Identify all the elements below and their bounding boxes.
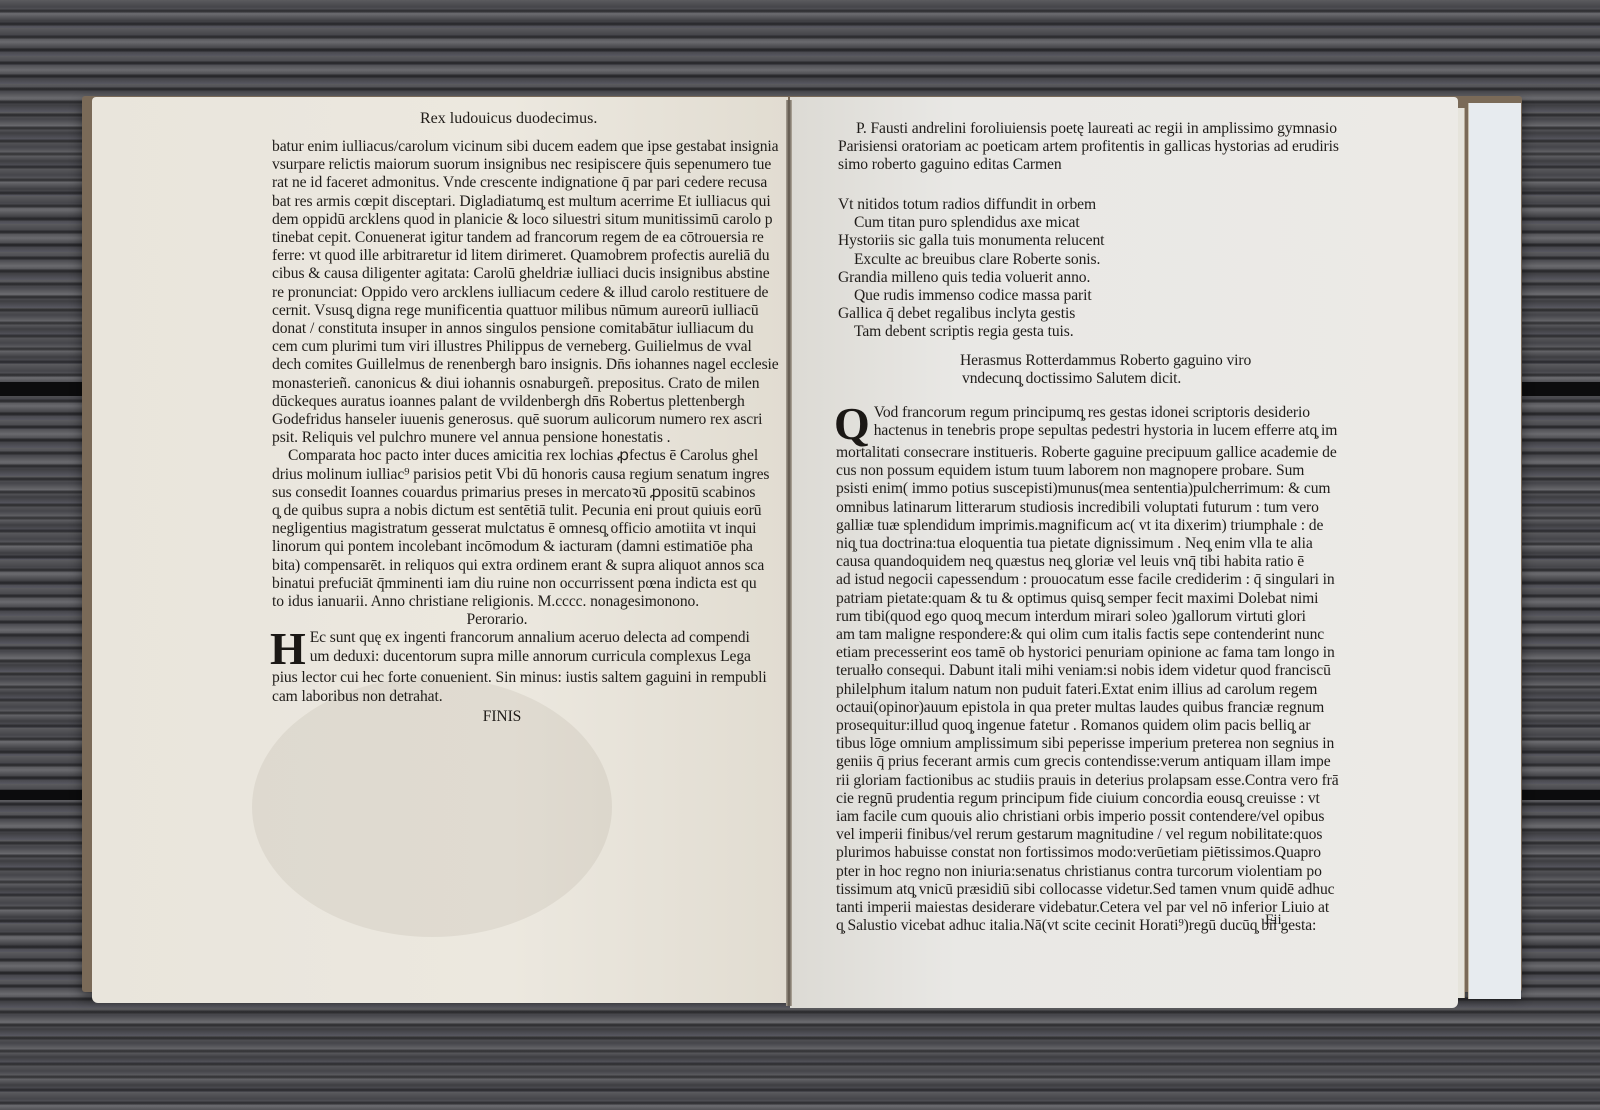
text-line: octaui(opinor)auum epistola in qua prete…	[836, 699, 1339, 717]
dedication-heading: P. Fausti andrelini foroliuiensis poetę …	[838, 120, 1339, 175]
poem: Vt nitidos totum radios diffundit in orb…	[838, 196, 1104, 342]
text-line: psisti enim( immo potius suscepisti)munu…	[836, 480, 1339, 498]
text-line: monasterieñ. canonicus & diui iohannis o…	[272, 375, 762, 393]
text-line: pter in hoc regno non iniuria:senatus ch…	[836, 863, 1339, 881]
text-line: prosequitur:illud quoq̧ ingenue fatetur …	[836, 717, 1339, 735]
text-line: cem cum plurimi tum viri illustres Phili…	[272, 338, 762, 356]
poem-line: Grandia milleno quis tedia voluerit anno…	[838, 269, 1104, 287]
poem-line: Que rudis immenso codice massa parit	[838, 287, 1104, 305]
left-page-body: batur enim iulliacus/carolum vicinum sib…	[272, 138, 762, 726]
text-line: plurimos habuisse constat non fortissimo…	[836, 844, 1339, 862]
text-line: um deduxi: ducentorum supra mille annoru…	[272, 648, 762, 666]
text-line: vndecunq̧ doctissimo Salutem dicit.	[960, 370, 1251, 388]
text-line: mortalitati consecrare institueris. Robe…	[836, 444, 1339, 462]
text-line: dech comites Guillelmus de renenbergh ba…	[272, 356, 762, 374]
text-line: etiam precesserint eos tamē ob hystorici…	[836, 644, 1339, 662]
poem-line: Hystoriis sic galla tuis monumenta reluc…	[838, 232, 1104, 250]
text-line: P. Fausti andrelini foroliuiensis poetę …	[838, 120, 1339, 138]
signature-mark: Fii	[1265, 912, 1282, 929]
text-line: bat res armis cœpit disceptari. Digladia…	[272, 193, 762, 211]
text-line: omnibus latinarum litterarum studiosis i…	[836, 499, 1339, 517]
text-line: dem oppidū arcklens quod in planicie & l…	[272, 211, 762, 229]
text-line: bita) compensarēt. in reliquos qui extra…	[272, 557, 762, 575]
text-line: vel imperii finibus/vel rerum gestarum m…	[836, 826, 1339, 844]
text-line: simo roberto gaguino editas Carmen	[838, 156, 1339, 174]
text-line: batur enim iulliacus/carolum vicinum sib…	[272, 138, 762, 156]
text-line: linorum qui pontem incolebant incōmodum …	[272, 538, 762, 556]
poem-line: Tam debent scriptis regia gesta tuis.	[838, 323, 1104, 341]
section-title: Perorario.	[272, 611, 762, 629]
text-line: rat ne id faceret admonitus. Vnde cresce…	[272, 174, 762, 192]
text-line: q̧ Salustio vicebat adhuc italia.Nā(vt s…	[836, 917, 1339, 935]
text-line: hactenus in tenebris prope sepultas pede…	[836, 422, 1339, 440]
flyleaf	[1468, 103, 1521, 999]
text-line: vsurpare relictis maiorum suorum insigni…	[272, 156, 762, 174]
text-line: ferre: vt quod ille arbitraretur id lite…	[272, 247, 762, 265]
finis-label: FINIS	[272, 708, 762, 726]
text-line: Ec sunt quę ex ingenti francorum annaliu…	[272, 629, 762, 647]
text-line: niq̧ tua doctrina:tua eloquentia tua pie…	[836, 535, 1339, 553]
drop-cap: Q	[834, 404, 870, 444]
text-line: dūckeques auratus ioannes palant de vvil…	[272, 393, 762, 411]
running-head: Rex ludouicus duodecimus.	[420, 110, 597, 128]
text-line: tissimum atq̧ vnicū præsidiū sibi colloc…	[836, 881, 1339, 899]
text-line: patriam pietate:quam & tu & optimus quis…	[836, 590, 1339, 608]
text-line: q̧ de quibus supra a nobis dictum est se…	[272, 502, 762, 520]
text-line: rii gloriam factionibus ac studiis praui…	[836, 772, 1339, 790]
text-line: donat / constituta insuper in annos sing…	[272, 320, 762, 338]
book-gutter	[786, 100, 792, 1006]
text-line: cus non possum equidem istum tuum labore…	[836, 462, 1339, 480]
text-line: Parisiensi oratoriam ac poeticam artem p…	[838, 138, 1339, 156]
drop-cap: H	[270, 629, 306, 669]
text-line: cie regnū prudentia regum principum fide…	[836, 790, 1339, 808]
poem-line: Gallica q̄ debet regalibus inclyta gesti…	[838, 305, 1104, 323]
text-line: binatui prefuciāt q̄mminenti iam diu rui…	[272, 575, 762, 593]
text-line: re pronunciat: Oppido vero arcklens iull…	[272, 284, 762, 302]
poem-line: Exculte ac breuibus clare Roberte sonis.	[838, 251, 1104, 269]
text-line: Godefridus hanseler iuuenis generosus. q…	[272, 411, 762, 429]
text-line: cam laboribus non detrahat.	[272, 688, 762, 706]
text-line: causa quandoquidem neq̧ quæstus neq̧ glo…	[836, 553, 1339, 571]
text-line: tibus lōge omnium amplissimum sibi peper…	[836, 735, 1339, 753]
poem-line: Cum titan puro splendidus axe micat	[838, 214, 1104, 232]
text-line: negligentius magistratum gesserat mulcta…	[272, 520, 762, 538]
text-line: am tam maligne respondere:& qui olim cum…	[836, 626, 1339, 644]
text-line: philelphum italum natum non puduit fater…	[836, 681, 1339, 699]
text-line: tinebat cepit. Conuenerat igitur tandem …	[272, 229, 762, 247]
text-line: tanti imperii maiestas desiderare videba…	[836, 899, 1339, 917]
text-line: to idus ianuarii. Anno christiane religi…	[272, 593, 762, 611]
text-line: Herasmus Rotterdammus Roberto gaguino vi…	[960, 352, 1251, 370]
peroration: H Ec sunt quę ex ingenti francorum annal…	[272, 629, 762, 705]
text-line: iam facile cum quouis alio christiani or…	[836, 808, 1339, 826]
text-line: ad istud negocii capessendum : prouocatu…	[836, 571, 1339, 589]
text-line: cibus & causa diligenter agitata: Carolū…	[272, 265, 762, 283]
text-line: terualło consequi. Dabunt itali mihi ven…	[836, 662, 1339, 680]
letter-body: Q Vod francorum regum principumq̧ res ge…	[836, 404, 1339, 935]
text-line: Comparata hoc pacto inter duces amicitia…	[272, 447, 762, 465]
text-line: psit. Reliquis vel pulchro munere vel an…	[272, 429, 762, 447]
text-line: galliæ tuæ splendidum imprimis.magnificu…	[836, 517, 1339, 535]
text-line: pius lector cui hec forte conuenient. Si…	[272, 669, 762, 687]
text-line: Vod francorum regum principumq̧ res gest…	[836, 404, 1339, 422]
letter-heading: Herasmus Rotterdammus Roberto gaguino vi…	[960, 352, 1251, 388]
text-line: geniis q̄ prius fecerant armis cum greci…	[836, 753, 1339, 771]
text-line: cernit. Vsusq̧ digna rege munificentia q…	[272, 302, 762, 320]
poem-line: Vt nitidos totum radios diffundit in orb…	[838, 196, 1104, 214]
text-line: rum tibi(quod ego quoq̧ mecum interdum m…	[836, 608, 1339, 626]
text-line: drius molinum iulliac⁹ parisios petit Vb…	[272, 466, 762, 484]
text-line: sus consedit Ioannes couardus primarius …	[272, 484, 762, 502]
